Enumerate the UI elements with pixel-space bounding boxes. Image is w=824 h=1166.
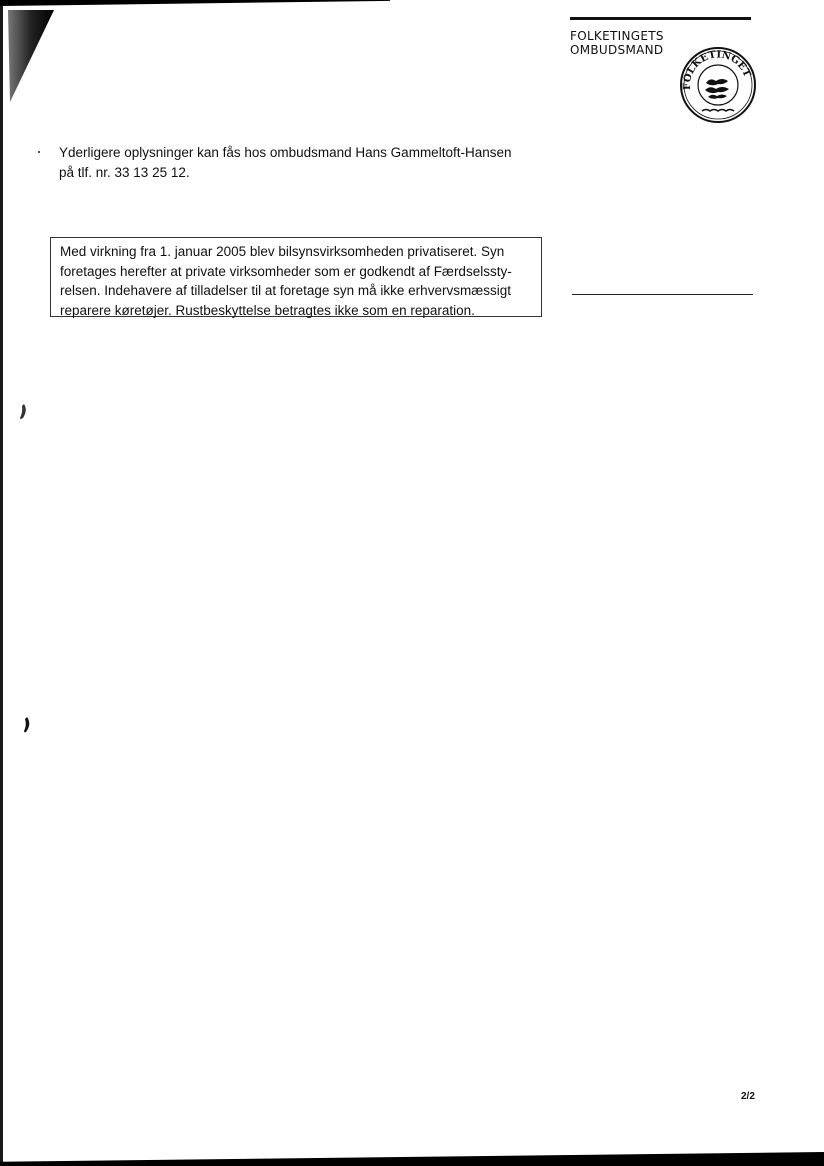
parliament-seal-icon: FOLKETINGET [678,45,758,125]
scan-edge-top [0,0,390,6]
notice-box: Med virkning fra 1. januar 2005 blev bil… [50,237,542,317]
corner-triangle-mark [8,10,54,102]
contact-line2: på tlf. nr. 33 13 25 12. [59,163,511,183]
hole-punch-mark [22,716,32,734]
hole-punch-mark [18,403,28,421]
notice-line: foretages herefter at private virksomhed… [60,262,541,282]
header-rule [570,17,751,20]
contact-line1: Yderligere oplysninger kan fås hos ombud… [59,143,511,163]
notice-line: Med virkning fra 1. januar 2005 blev bil… [60,242,541,262]
scan-edge-left [0,0,6,1166]
side-rule [572,294,753,295]
notice-line: relsen. Indehavere af tilladelser til at… [60,281,541,301]
org-name-line1: FOLKETINGETS [570,29,664,43]
bullet-dot [38,151,40,153]
notice-line: reparere køretøjer. Rustbeskyttelse betr… [60,301,541,321]
org-name: FOLKETINGETS OMBUDSMAND [570,29,664,57]
org-name-line2: OMBUDSMAND [570,43,664,57]
scan-edge-bottom [0,1152,824,1166]
page-number: 2/2 [741,1091,755,1102]
contact-info: Yderligere oplysninger kan fås hos ombud… [59,143,511,183]
